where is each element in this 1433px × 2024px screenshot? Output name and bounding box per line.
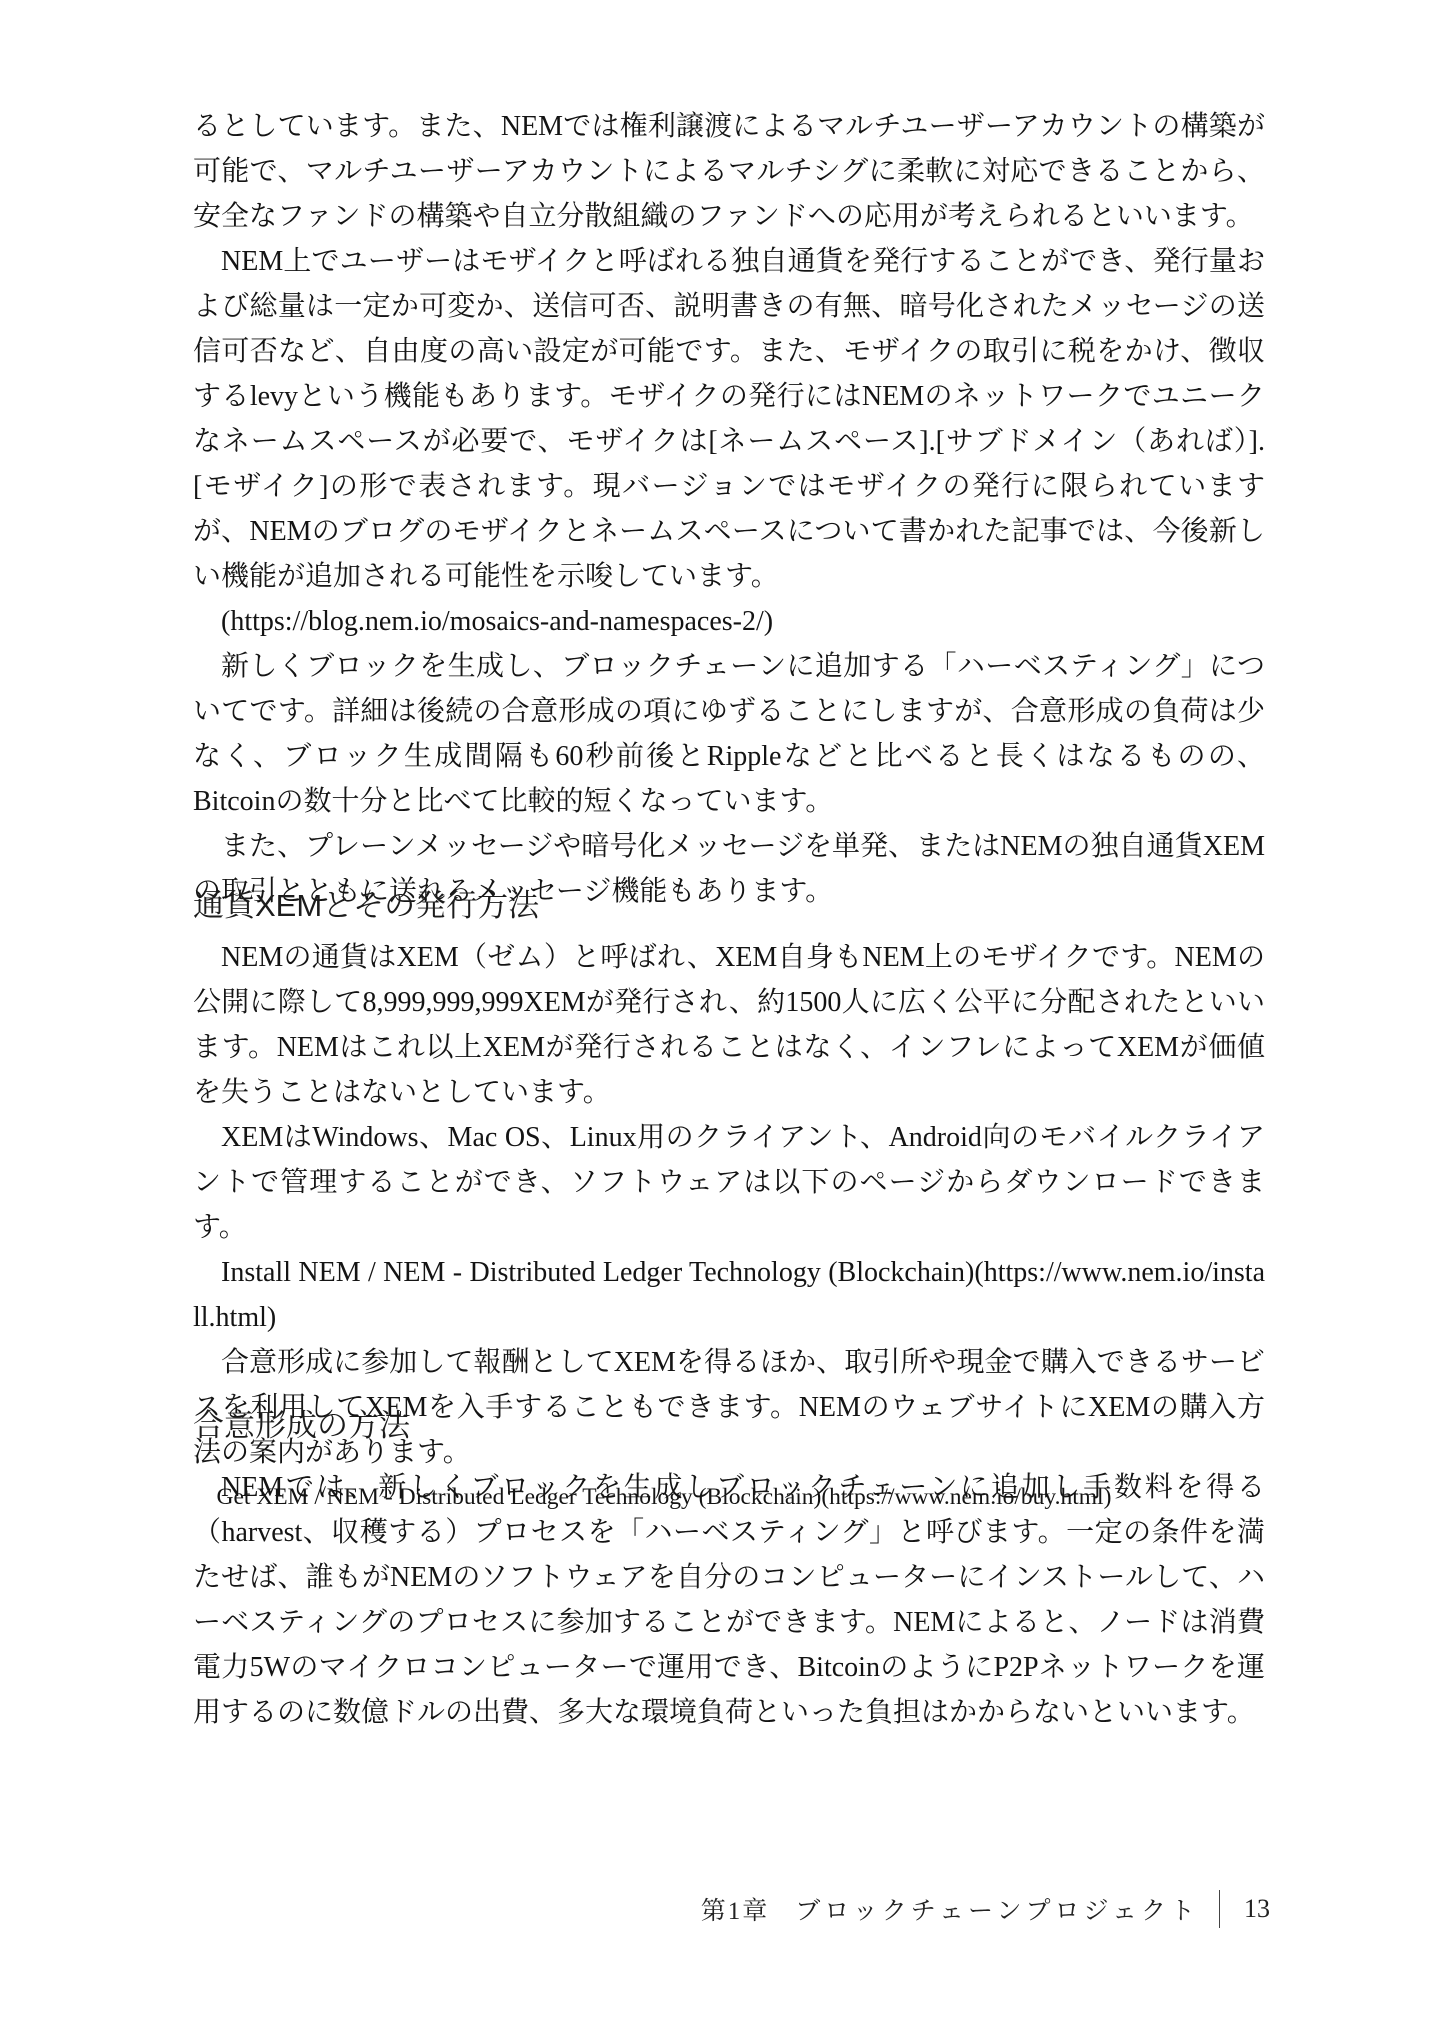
paragraph: NEM上でユーザーはモザイクと呼ばれる独自通貨を発行することができ、発行量および… — [193, 239, 1265, 599]
blog-link-text: (https://blog.nem.io/mosaics-and-namespa… — [193, 599, 1265, 644]
intro-section: るとしています。また、NEMでは権利譲渡によるマルチユーザーアカウントの構築が可… — [193, 104, 1265, 914]
footer-page-number: 13 — [1244, 1894, 1270, 1924]
footer-chapter-label: 第1章 — [701, 1891, 770, 1927]
section-heading-consensus: 合意形成の方法 — [193, 1406, 1265, 1446]
consensus-section: NEMでは、新しくブロックを生成しブロックチェーンに追加し手数料を得る（harv… — [193, 1465, 1265, 1735]
page: るとしています。また、NEMでは権利譲渡によるマルチユーザーアカウントの構築が可… — [0, 0, 1433, 2024]
footer-chapter-title: ブロックチェーンプロジェクト — [795, 1891, 1199, 1927]
section-heading-currency: 通貨XEMとその発行方法 — [193, 886, 1265, 926]
paragraph: NEMの通貨はXEM（ゼム）と呼ばれ、XEM自身もNEM上のモザイクです。NEM… — [193, 935, 1265, 1115]
paragraph: NEMでは、新しくブロックを生成しブロックチェーンに追加し手数料を得る（harv… — [193, 1465, 1265, 1735]
footer-divider — [1219, 1890, 1220, 1928]
page-footer: 第1章 ブロックチェーンプロジェクト 13 — [701, 1890, 1270, 1928]
install-link-text: Install NEM / NEM - Distributed Ledger T… — [193, 1250, 1265, 1340]
paragraph: 新しくブロックを生成し、ブロックチェーンに追加する「ハーベスティング」についてで… — [193, 644, 1265, 824]
paragraph: るとしています。また、NEMでは権利譲渡によるマルチユーザーアカウントの構築が可… — [193, 104, 1265, 239]
paragraph: XEMはWindows、Mac OS、Linux用のクライアント、Android… — [193, 1115, 1265, 1250]
